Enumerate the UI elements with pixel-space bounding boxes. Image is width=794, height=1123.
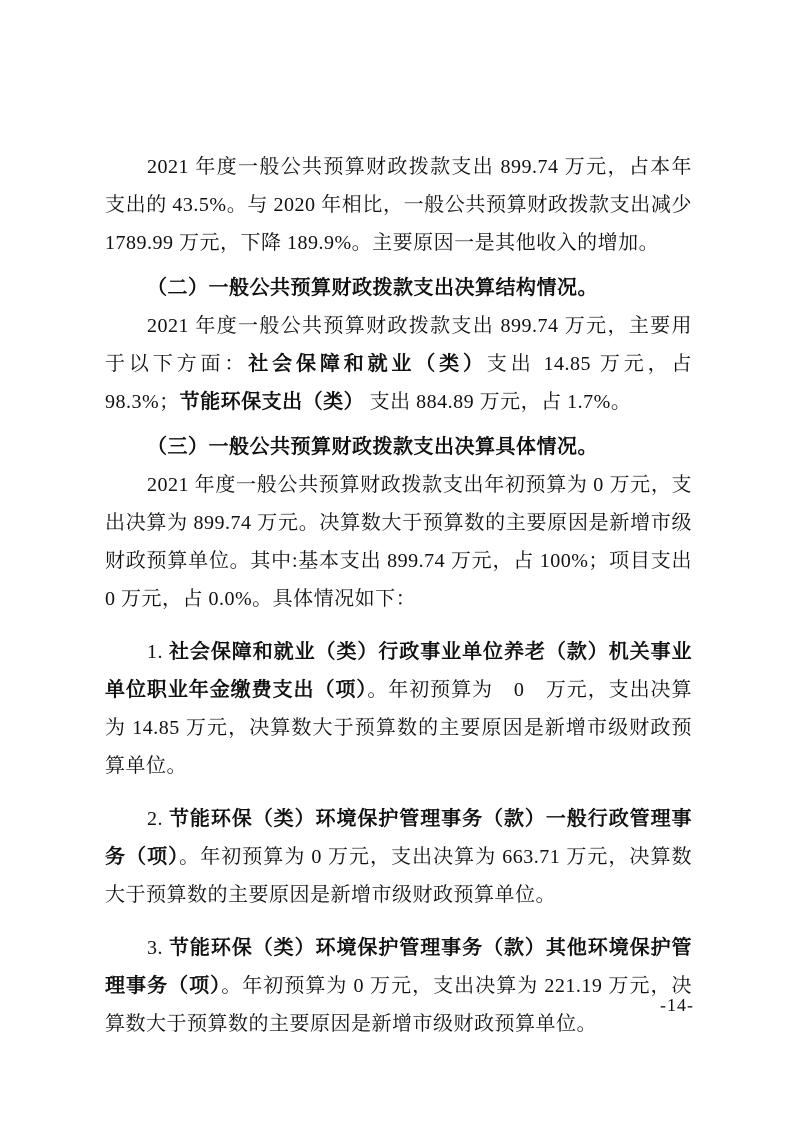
page-number: -14-: [660, 994, 694, 1016]
paragraph-overview-2021: 2021 年度一般公共预算财政拨款支出 899.74 万元，占本年支出的 43.…: [105, 148, 692, 262]
item-2-detail-text: 。年初预算为 0 万元，支出决算为 663.71 万元，决算数大于预算数的主要原…: [105, 846, 692, 906]
paragraph-structure: 2021 年度一般公共预算财政拨款支出 899.74 万元，主要用于以下方面：社…: [105, 307, 692, 421]
structure-term-social-security: 社会保障和就业（类）: [248, 353, 487, 375]
item-1-number: 1.: [147, 641, 169, 663]
structure-term-energy-conservation: 节能环保支出（类）: [180, 391, 365, 413]
budget-item-1: 1. 社会保障和就业（类）行政事业单位养老（款）机关事业单位职业年金缴费支出（项…: [105, 633, 692, 785]
item-3-number: 3.: [147, 937, 169, 959]
paragraph-specifics: 2021 年度一般公共预算财政拨款支出年初预算为 0 万元，支出决算为 899.…: [105, 466, 692, 618]
heading-section-two: （二）一般公共预算财政拨款支出决算结构情况。: [105, 269, 692, 307]
item-2-number: 2.: [147, 808, 169, 830]
structure-energy-conservation-value: 支出 884.89 万元，占 1.7%。: [364, 391, 631, 413]
budget-item-2: 2. 节能环保（类）环境保护管理事务（款）一般行政管理事务（项）。年初预算为 0…: [105, 800, 692, 914]
heading-section-three: （三）一般公共预算财政拨款支出决算具体情况。: [105, 428, 692, 466]
document-page: 2021 年度一般公共预算财政拨款支出 899.74 万元，占本年支出的 43.…: [0, 0, 794, 1123]
budget-item-3: 3. 节能环保（类）环境保护管理事务（款）其他环境保护管理事务（项）。年初预算为…: [105, 929, 692, 1043]
